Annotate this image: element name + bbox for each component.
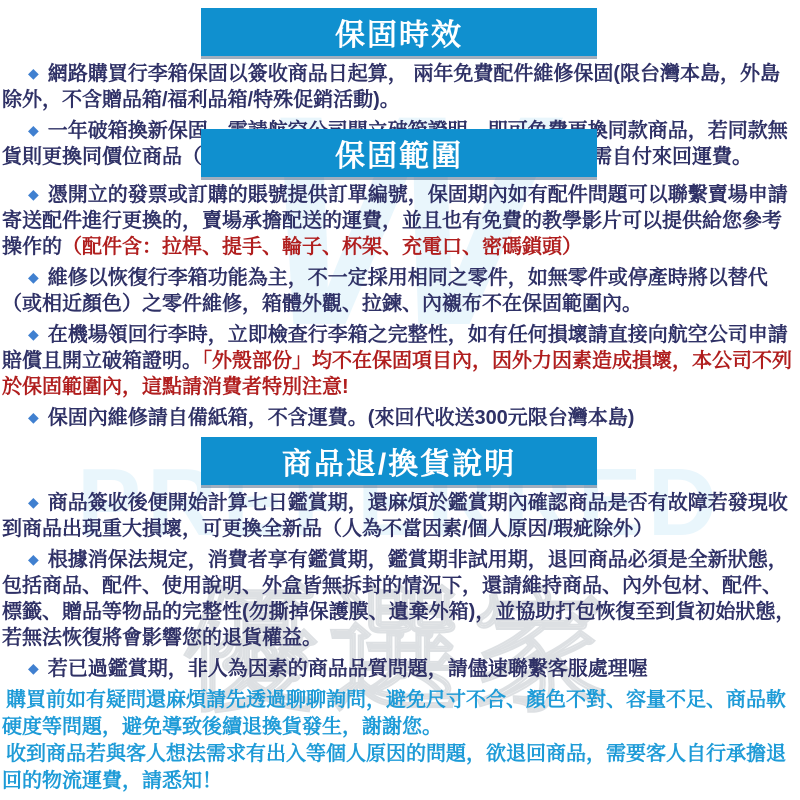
footer-notice-line: 購買前如有疑問還麻煩請先透過聊聊詢問，避免尺寸不合、顏色不對、容量不足、商品軟硬…	[2, 687, 796, 741]
diamond-bullet-icon: ◆	[28, 326, 39, 342]
section-header-return-exchange: 商品退/換貨說明	[201, 437, 597, 485]
diamond-bullet-icon: ◆	[28, 269, 39, 285]
notice-paragraph: ◆根據消保法規定，消費者享有鑑賞期，鑑賞期非試用期，退回商品必須是全新狀態，包括…	[2, 546, 796, 651]
diamond-bullet-icon: ◆	[28, 122, 39, 138]
diamond-bullet-icon: ◆	[28, 551, 39, 567]
diamond-bullet-icon: ◆	[28, 186, 39, 202]
diamond-bullet-icon: ◆	[28, 65, 39, 81]
warranty-notice-page: W PREFERRED 優選家 保固時效◆網路購買行李箱保固以簽收商品日起算， …	[0, 0, 800, 800]
diamond-bullet-icon: ◆	[28, 409, 39, 425]
notice-paragraph: ◆維修以恢復行李箱功能為主，不一定採用相同之零件，如無零件或停產時將以替代（或相…	[2, 264, 796, 317]
notice-paragraph: ◆憑開立的發票或訂購的賬號提供訂單編號，保固期內如有配件問題可以聯繫賣場申請寄送…	[2, 181, 796, 260]
notice-paragraph: ◆商品簽收後便開始計算七日鑑賞期，還麻煩於鑑賞期內確認商品是否有故障若發現收到商…	[2, 489, 796, 542]
body-text: 根據消保法規定，消費者享有鑑賞期，鑑賞期非試用期，退回商品必須是全新狀態，包括商…	[2, 549, 795, 649]
notice-paragraph: ◆網路購買行李箱保固以簽收商品日起算， 兩年免費配件維修保固(限台灣本島，外島除…	[2, 60, 796, 113]
section-return-exchange: 商品退/換貨說明◆商品簽收後便開始計算七日鑑賞期，還麻煩於鑑賞期內確認商品是否有…	[2, 437, 796, 682]
diamond-bullet-icon: ◆	[28, 660, 39, 676]
body-text: 若已過鑑賞期，非人為因素的商品品質問題，請儘速聯繫客服處理喔	[48, 658, 648, 680]
section-warranty-scope: 保固範圍◆憑開立的發票或訂購的賬號提供訂單編號，保固期內如有配件問題可以聯繫賣場…	[2, 129, 796, 431]
body-text: 保固內維修請自備紙箱，不含運費。(來回代收送300元限台灣本島)	[48, 407, 635, 429]
diamond-bullet-icon: ◆	[28, 494, 39, 510]
notice-paragraph: ◆保固內維修請自備紙箱，不含運費。(來回代收送300元限台灣本島)	[2, 404, 796, 431]
notice-content: 保固時效◆網路購買行李箱保固以簽收商品日起算， 兩年免費配件維修保固(限台灣本島…	[0, 8, 800, 795]
pre-purchase-notice: 購買前如有疑問還麻煩請先透過聊聊詢問，避免尺寸不合、顏色不對、容量不足、商品軟硬…	[2, 687, 796, 795]
section-header-warranty-period: 保固時效	[201, 8, 597, 56]
notice-paragraph: ◆在機場領回行李時，立即檢查行李箱之完整性，如有任何損壞請直接向航空公司申請賠償…	[2, 321, 796, 400]
footer-notice-line: 收到商品若與客人想法需求有出入等個人原因的問題，欲退回商品，需要客人自行承擔退回…	[2, 741, 796, 795]
body-text: 網路購買行李箱保固以簽收商品日起算， 兩年免費配件維修保固(限台灣本島，外島除外…	[2, 63, 780, 111]
emphasis-red-text: （配件含：拉桿、提手、輪子、杯架、充電口、密碼鎖頭）	[62, 236, 582, 258]
body-text: 維修以恢復行李箱功能為主，不一定採用相同之零件，如無零件或停產時將以替代（或相近…	[2, 267, 768, 315]
notice-paragraph: ◆若已過鑑賞期，非人為因素的商品品質問題，請儘速聯繫客服處理喔	[2, 655, 796, 682]
section-header-warranty-scope: 保固範圍	[201, 129, 597, 177]
body-text: 商品簽收後便開始計算七日鑑賞期，還麻煩於鑑賞期內確認商品是否有故障若發現收到商品…	[2, 492, 788, 540]
